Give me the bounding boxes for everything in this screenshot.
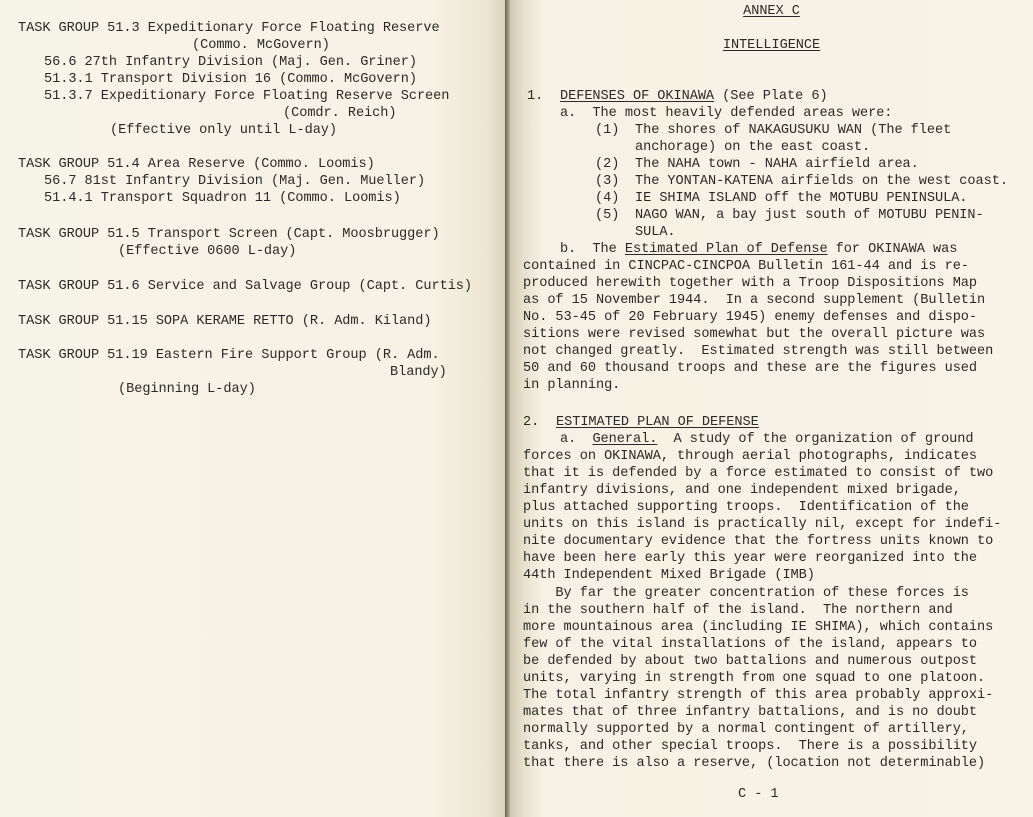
task-group-commander: (Commo. McGovern) [192, 37, 330, 54]
section-number: 1. [527, 88, 543, 105]
task-group-heading: TASK GROUP 51.5 Transport Screen (Capt. … [18, 226, 440, 243]
task-group-note: (Beginning L-day) [118, 381, 256, 398]
list-item-text: The YONTAN-KATENA airfields on the west … [635, 173, 1008, 190]
paragraph-line: forces on OKINAWA, through aerial photog… [523, 448, 977, 465]
paragraph-line: be defended by about two battalions and … [523, 653, 977, 670]
subsection-intro: a. The most heavily defended areas were: [560, 105, 892, 122]
list-item-number: (3) [595, 173, 619, 190]
left-page: TASK GROUP 51.3 Expeditionary Force Floa… [0, 0, 507, 817]
section-number: 2. [523, 414, 539, 431]
list-item-text: IE SHIMA ISLAND off the MOTUBU PENINSULA… [635, 190, 967, 207]
paragraph-a-first-line: a. General. A study of the organization … [560, 431, 974, 448]
task-group-heading: TASK GROUP 51.6 Service and Salvage Grou… [18, 278, 472, 295]
list-item-number: (1) [595, 122, 619, 139]
paragraph-line: not changed greatly. Estimated strength … [523, 343, 993, 360]
paragraph-line: in the southern half of the island. The … [523, 602, 953, 619]
list-item-text: anchorage) on the east coast. [635, 139, 870, 156]
list-item-text: The NAHA town - NAHA airfield area. [635, 156, 919, 173]
paragraph-suffix: A study of the organization of ground [657, 432, 973, 447]
list-item-text: NAGO WAN, a bay just south of MOTUBU PEN… [635, 207, 984, 224]
paragraph-prefix: a. [560, 432, 592, 447]
task-unit-line: 56.6 27th Infantry Division (Maj. Gen. G… [44, 54, 417, 71]
paragraph-line: plus attached supporting troops. Identif… [523, 499, 969, 516]
paragraph-line: nite documentary evidence that the fortr… [523, 533, 993, 550]
underlined-term: Estimated Plan of Defense [625, 242, 828, 257]
paragraph-line: The total infantry strength of this area… [523, 687, 993, 704]
paragraph-line: 44th Independent Mixed Brigade (IMB) [523, 567, 815, 584]
paragraph-prefix: b. The [560, 242, 625, 257]
annex-label: ANNEX C [510, 3, 1033, 20]
section-heading-text: DEFENSES OF OKINAWA [560, 89, 714, 104]
underlined-term: General. [592, 432, 657, 447]
task-group-heading: TASK GROUP 51.3 Expeditionary Force Floa… [18, 20, 440, 37]
page-title: INTELLIGENCE [510, 37, 1033, 54]
paragraph-line: sitions were revised somewhat but the ov… [523, 326, 985, 343]
paragraph-line: By far the greater concentration of thes… [523, 585, 969, 602]
task-unit-commander: (Comdr. Reich) [283, 105, 397, 122]
list-item-number: (2) [595, 156, 619, 173]
task-group-note: (Effective only until L-day) [110, 122, 337, 139]
list-item-number: (4) [595, 190, 619, 207]
right-page: ANNEX C INTELLIGENCE 1. DEFENSES OF OKIN… [510, 0, 1033, 817]
task-group-heading: TASK GROUP 51.19 Eastern Fire Support Gr… [18, 347, 440, 364]
paragraph-line: mates that of three infantry battalions,… [523, 704, 977, 721]
task-group-heading: TASK GROUP 51.15 SOPA KERAME RETTO (R. A… [18, 313, 432, 330]
task-unit-line: 51.4.1 Transport Squadron 11 (Commo. Loo… [44, 190, 401, 207]
paragraph-line: as of 15 November 1944. In a second supp… [523, 292, 985, 309]
paragraph-line: in planning. [523, 377, 620, 394]
section-heading: DEFENSES OF OKINAWA (See Plate 6) [560, 88, 828, 105]
task-unit-line: 56.7 81st Infantry Division (Maj. Gen. M… [44, 173, 425, 190]
task-group-heading: TASK GROUP 51.4 Area Reserve (Commo. Loo… [18, 156, 375, 173]
paragraph-line: that there is also a reserve, (location … [523, 755, 985, 772]
paragraph-line: more mountainous area (including IE SHIM… [523, 619, 993, 636]
paragraph-line: produced herewith together with a Troop … [523, 275, 977, 292]
paragraph-line: contained in CINCPAC-CINCPOA Bulletin 16… [523, 258, 969, 275]
paragraph-line: infantry divisions, and one independent … [523, 482, 961, 499]
task-unit-line: 51.3.7 Expeditionary Force Floating Rese… [44, 88, 449, 105]
task-group-note: (Effective 0600 L-day) [118, 243, 296, 260]
paragraph-line: few of the vital installations of the is… [523, 636, 977, 653]
task-group-commander: Blandy) [390, 364, 447, 381]
section-heading-suffix: (See Plate 6) [714, 89, 828, 104]
list-item-number: (5) [595, 207, 619, 224]
paragraph-b-first-line: b. The Estimated Plan of Defense for OKI… [560, 241, 957, 258]
paragraph-line: that it is defended by a force estimated… [523, 465, 993, 482]
paragraph-line: 50 and 60 thousand troops and these are … [523, 360, 977, 377]
section-heading: ESTIMATED PLAN OF DEFENSE [556, 414, 759, 431]
paragraph-line: normally supported by a normal contingen… [523, 721, 969, 738]
paragraph-line: tanks, and other special troops. There i… [523, 738, 977, 755]
paragraph-line: units on this island is practically nil,… [523, 516, 1001, 533]
paragraph-line: No. 53-45 of 20 February 1945) enemy def… [523, 309, 977, 326]
paragraph-suffix: for OKINAWA was [828, 242, 958, 257]
page-number: C - 1 [738, 786, 779, 803]
list-item-text: The shores of NAKAGUSUKU WAN (The fleet [635, 122, 951, 139]
list-item-text: SULA. [635, 224, 676, 241]
paragraph-line: units, varying in strength from one squa… [523, 670, 985, 687]
paragraph-line: have been here early this year were reor… [523, 550, 977, 567]
task-unit-line: 51.3.1 Transport Division 16 (Commo. McG… [44, 71, 417, 88]
